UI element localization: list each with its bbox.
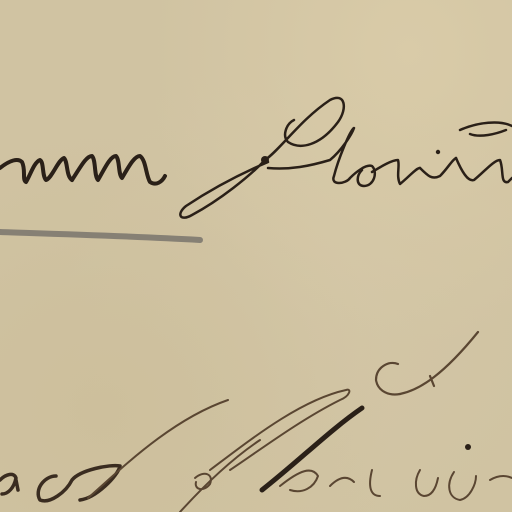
handwritten-word-ad: [0, 400, 228, 501]
marginal-annotation-c: [376, 332, 478, 394]
handwritten-word-gloriam: [180, 390, 512, 512]
handwritten-word-gloriu: [180, 98, 512, 218]
handwritten-word-um: [0, 156, 165, 184]
manuscript-page: ...um Gloriu... ...ad gloriam... C: [0, 0, 512, 512]
pencil-underline: [0, 232, 200, 240]
handwriting-strokes: [0, 0, 512, 512]
